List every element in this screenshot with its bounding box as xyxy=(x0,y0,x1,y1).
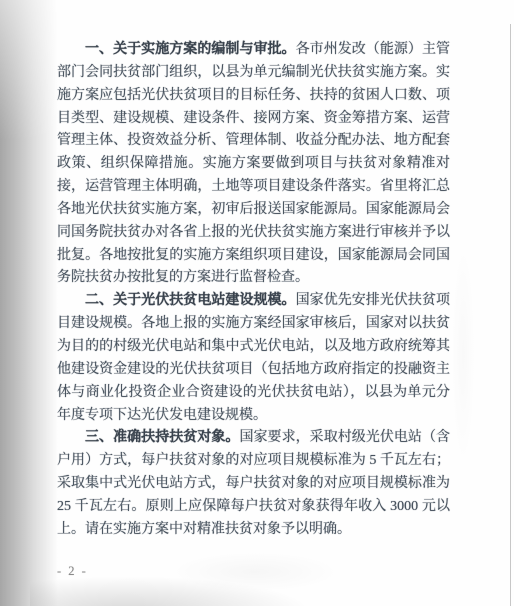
scanned-document-page: 一、关于实施方案的编制与审批。各市州发改（能源）主管部门会同扶贫部门组织，以县为… xyxy=(0,0,514,606)
page-edge-line xyxy=(510,24,511,606)
paragraph-3-heading: 三、准确扶持扶贫对象。 xyxy=(85,430,239,445)
paragraph-2-body: 国家优先安排光伏扶贫项目建设规模。各地上报的实施方案经国家审核后，国家对以扶贫为… xyxy=(57,293,450,422)
bottom-scan-smudge xyxy=(30,576,310,606)
paragraph-2-heading: 二、关于光伏扶贫电站建设规模。 xyxy=(85,293,296,308)
left-scan-shadow xyxy=(0,0,58,606)
paragraph-target-support: 三、准确扶持扶贫对象。国家要求，采取村级光伏电站（含户用）方式，每户扶贫对象的对… xyxy=(57,427,450,541)
document-body: 一、关于实施方案的编制与审批。各市州发改（能源）主管部门会同扶贫部门组织，以县为… xyxy=(57,39,450,542)
paragraph-station-scale: 二、关于光伏扶贫电站建设规模。国家优先安排光伏扶贫项目建设规模。各地上报的实施方… xyxy=(57,290,450,427)
page-number: - 2 - xyxy=(57,564,88,579)
paragraph-1-body: 各市州发改（能源）主管部门会同扶贫部门组织，以县为单元编制光伏扶贫实施方案。实施… xyxy=(57,42,450,285)
right-scan-smudge xyxy=(452,250,474,460)
paragraph-3-body: 国家要求，采取村级光伏电站（含户用）方式，每户扶贫对象的对应项目规模标准为 5 … xyxy=(57,430,450,536)
paragraph-1-heading: 一、关于实施方案的编制与审批。 xyxy=(85,42,296,57)
mid-scan-smudge xyxy=(170,552,340,592)
paragraph-implementation-plan: 一、关于实施方案的编制与审批。各市州发改（能源）主管部门会同扶贫部门组织，以县为… xyxy=(57,39,450,290)
